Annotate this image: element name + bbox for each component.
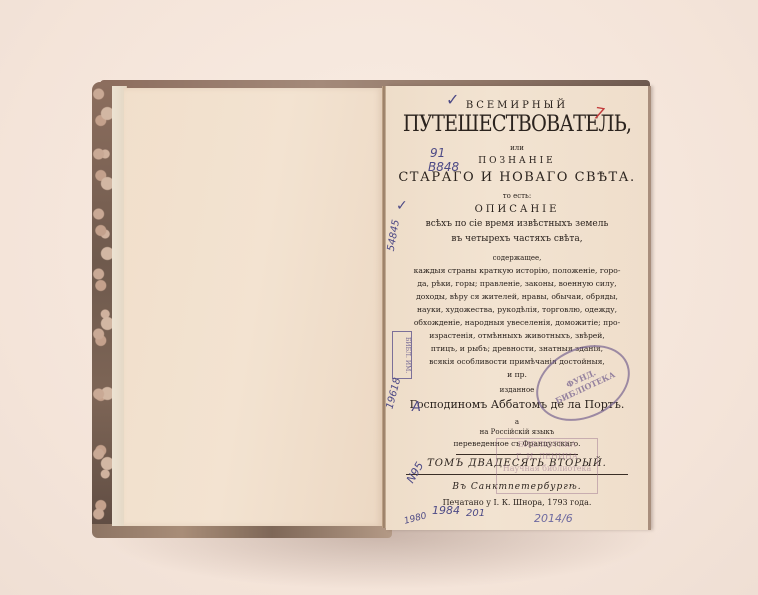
- stamp-text: Научная библиотека: [497, 463, 597, 475]
- marbled-cover-edge: [92, 82, 114, 532]
- body-line: да, рѣки, горы; правленіе, законы, военн…: [386, 279, 648, 288]
- title-ili: или: [386, 144, 648, 152]
- margin-letter: А: [412, 400, 421, 415]
- checkmark-annotation: ✓: [396, 198, 408, 214]
- stamp-text: Г. И. ЛЕНИНА: [497, 451, 597, 463]
- bottom-annotation: 201: [466, 508, 485, 519]
- shelfmark-b848: Β848: [428, 160, 459, 174]
- title-poznanie: ПОЗНАНІЕ: [386, 156, 648, 166]
- checkmark-annotation: ✓: [446, 90, 459, 109]
- title-v-chetyrekh: въ четырехъ частяхъ свѣта,: [386, 234, 648, 244]
- body-line: доходы, вѣру ся жителей, нравы, обычаи, …: [386, 292, 648, 301]
- bottom-annotation: 1984: [432, 504, 460, 517]
- conjunction-a: а: [386, 418, 648, 426]
- translated-line-1: на Россійскій языкъ: [386, 428, 648, 436]
- shelfmark-91: 91: [430, 146, 445, 160]
- title-opisanie: ОПИСАНІЕ: [386, 204, 648, 215]
- title-vsekh: всѣхъ по сіе время извѣстныхъ земель: [386, 219, 648, 229]
- title-to-est: то есть:: [386, 192, 648, 200]
- title-line-vsemirny: ВСЕМИРНЫЙ: [386, 100, 648, 111]
- bottom-annotation: 2014/6: [534, 512, 573, 525]
- title-starago: СТАРАГО И НОВАГО СВѢТА.: [386, 170, 648, 185]
- title-soderzhashchee: содержащее,: [386, 254, 648, 262]
- cover-bottom-edge: [92, 524, 392, 538]
- body-line: науки, художества, рукодѣлія, торговлю, …: [386, 305, 648, 314]
- imprint-line: Печатано у І. К. Шнора, 1793 года.: [386, 498, 648, 507]
- library-rect-stamp: БИБЛ. ИМ.: [392, 331, 412, 379]
- left-flyleaf-page: ИНВ.ЛД 365: [124, 88, 382, 526]
- library-faint-stamp: БИБЛІОТЕКА Г. И. ЛЕНИНА Научная библиоте…: [496, 438, 598, 494]
- body-line: каждыя страны краткую исторію, положеніе…: [386, 266, 648, 275]
- body-line: израстенія, отмѣнныхъ животныхъ, звѣрей,: [386, 331, 648, 340]
- stamp-text: БИБЛІОТЕКА: [497, 439, 597, 451]
- body-line: обхожденіе, народныя увеселенія, доможит…: [386, 318, 648, 327]
